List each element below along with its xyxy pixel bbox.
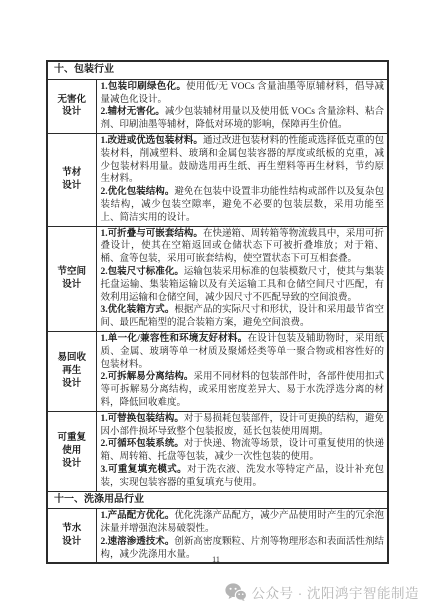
measure-title: 2.辅材无害化。 bbox=[101, 107, 165, 117]
watermark-text: 公众号 · 沈阳鸿宇智能制造 bbox=[252, 582, 420, 602]
measure-title: 1.可替换包装结构。 bbox=[101, 414, 184, 424]
measure-item: 2.辅材无害化。减少包装辅材用量以及使用低 VOCs 含量涂料、粘合剂、印刷油墨… bbox=[101, 106, 385, 132]
measure-item: 2.优化包装结构。避免在包装中设置非功能性结构或部件以及复杂包装结构，减少包装空… bbox=[101, 186, 385, 224]
category-label-harmless-design: 无害化 设计 bbox=[47, 79, 96, 133]
measure-title: 3.优化装箱方式。 bbox=[101, 305, 175, 315]
wechat-icon bbox=[225, 583, 247, 601]
watermark: 公众号 · 沈阳鸿宇智能制造 bbox=[225, 582, 420, 602]
table-row: 节空间 设计 1.可折叠与可嵌套结构。在快递箱、周转箱等物流载具中，采用可折叠设… bbox=[47, 226, 388, 331]
measure-item: 2.可循环包装系统。对于快递、物流等场景，设计可重复使用的快递箱、周转箱、托盘等… bbox=[101, 438, 385, 464]
table-row: 无害化 设计 1.包装印刷绿色化。使用低/无 VOCs 含量油墨等原辅材料，倡导… bbox=[47, 79, 388, 133]
category-label-reusable-design: 可重复 使用 设计 bbox=[47, 411, 96, 491]
section-header-detergent: 十一、洗涤用品行业 bbox=[47, 491, 388, 509]
table-row: 节材 设计 1.改进或优选包装材料。通过改进包装材料的性能或选择低克重的包装材料… bbox=[47, 133, 388, 226]
measure-title: 1.产品配方优化。 bbox=[101, 511, 175, 521]
measure-item: 1.可折叠与可嵌套结构。在快递箱、周转箱等物流载具中，采用可折叠设计，使其在空箱… bbox=[101, 228, 385, 266]
measure-title: 2.优化包装结构。 bbox=[101, 187, 175, 197]
category-label-space-saving-design: 节空间 设计 bbox=[47, 226, 96, 331]
measure-item: 1.产品配方优化。优化洗涤产品配方，减少产品使用时产生的冗余泡沫量并增强泡沫易破… bbox=[101, 510, 385, 536]
category-label-recyclable-design: 易回收 再生 设计 bbox=[47, 331, 96, 411]
measure-item: 3.优化装箱方式。根据产品的实际尺寸和形状，设计和采用最节省空间、最匹配箱型的混… bbox=[101, 304, 385, 330]
section-header-packaging: 十、包装行业 bbox=[47, 61, 388, 79]
measure-title: 1.可折叠与可嵌套结构。 bbox=[101, 229, 203, 239]
measure-title: 1.改进或优选包装材料。 bbox=[101, 136, 203, 146]
table-row: 十一、洗涤用品行业 bbox=[47, 491, 388, 509]
measure-title: 1.包装印刷绿色化。 bbox=[101, 82, 187, 92]
measure-item: 1.包装印刷绿色化。使用低/无 VOCs 含量油墨等原辅材料，倡导减量减色化设计… bbox=[101, 81, 385, 107]
category-content: 1.改进或优选包装材料。通过改进包装材料的性能或选择低克重的包装材料，削减塑料、… bbox=[96, 133, 388, 226]
category-content: 1.可折叠与可嵌套结构。在快递箱、周转箱等物流载具中，采用可折叠设计，使其在空箱… bbox=[96, 226, 388, 331]
measure-title: 2.可拆解易分离结构。 bbox=[101, 372, 194, 382]
measure-title: 3.可重复填充模式。 bbox=[101, 465, 187, 475]
green-design-table: 十、包装行业 无害化 设计 1.包装印刷绿色化。使用低/无 VOCs 含量油墨等… bbox=[46, 60, 389, 564]
measure-title: 2.速溶渗透技术。 bbox=[101, 537, 175, 547]
measure-title: 2.包装尺寸标准化。 bbox=[101, 267, 184, 277]
page-number: 11 bbox=[0, 555, 432, 564]
measure-item: 1.可替换包装结构。对于易损耗包装部件，设计可更换的结构，避免因小部件损坏导致整… bbox=[101, 413, 385, 439]
measure-title: 1.单一化/兼容性和环境友好材料。 bbox=[101, 334, 248, 344]
measure-item: 1.改进或优选包装材料。通过改进包装材料的性能或选择低克重的包装材料，削减塑料、… bbox=[101, 135, 385, 186]
measure-item: 3.可重复填充模式。对于洗衣液、洗发水等特定产品，设计补充包装，实现包装容器的重… bbox=[101, 464, 385, 490]
measure-title: 2.可循环包装系统。 bbox=[101, 439, 184, 449]
category-label-material-saving-design: 节材 设计 bbox=[47, 133, 96, 226]
table-row: 可重复 使用 设计 1.可替换包装结构。对于易损耗包装部件，设计可更换的结构，避… bbox=[47, 411, 388, 491]
table-row: 十、包装行业 bbox=[47, 61, 388, 79]
measure-item: 2.包装尺寸标准化。运输包装采用标准的包装模数尺寸，使其与集装托盘运输、集装箱运… bbox=[101, 266, 385, 304]
measure-item: 2.可拆解易分离结构。采用不同材料的包装部件时，各部件使用扣式等可拆解易分离结构… bbox=[101, 371, 385, 409]
document-page: 十、包装行业 无害化 设计 1.包装印刷绿色化。使用低/无 VOCs 含量油墨等… bbox=[0, 0, 432, 611]
category-content: 1.可替换包装结构。对于易损耗包装部件，设计可更换的结构，避免因小部件损坏导致整… bbox=[96, 411, 388, 491]
category-content: 1.包装印刷绿色化。使用低/无 VOCs 含量油墨等原辅材料，倡导减量减色化设计… bbox=[96, 79, 388, 133]
measure-item: 1.单一化/兼容性和环境友好材料。在设计包装及辅助物时，采用纸质、金属、玻璃等单… bbox=[101, 333, 385, 371]
category-content: 1.单一化/兼容性和环境友好材料。在设计包装及辅助物时，采用纸质、金属、玻璃等单… bbox=[96, 331, 388, 411]
table-row: 易回收 再生 设计 1.单一化/兼容性和环境友好材料。在设计包装及辅助物时，采用… bbox=[47, 331, 388, 411]
